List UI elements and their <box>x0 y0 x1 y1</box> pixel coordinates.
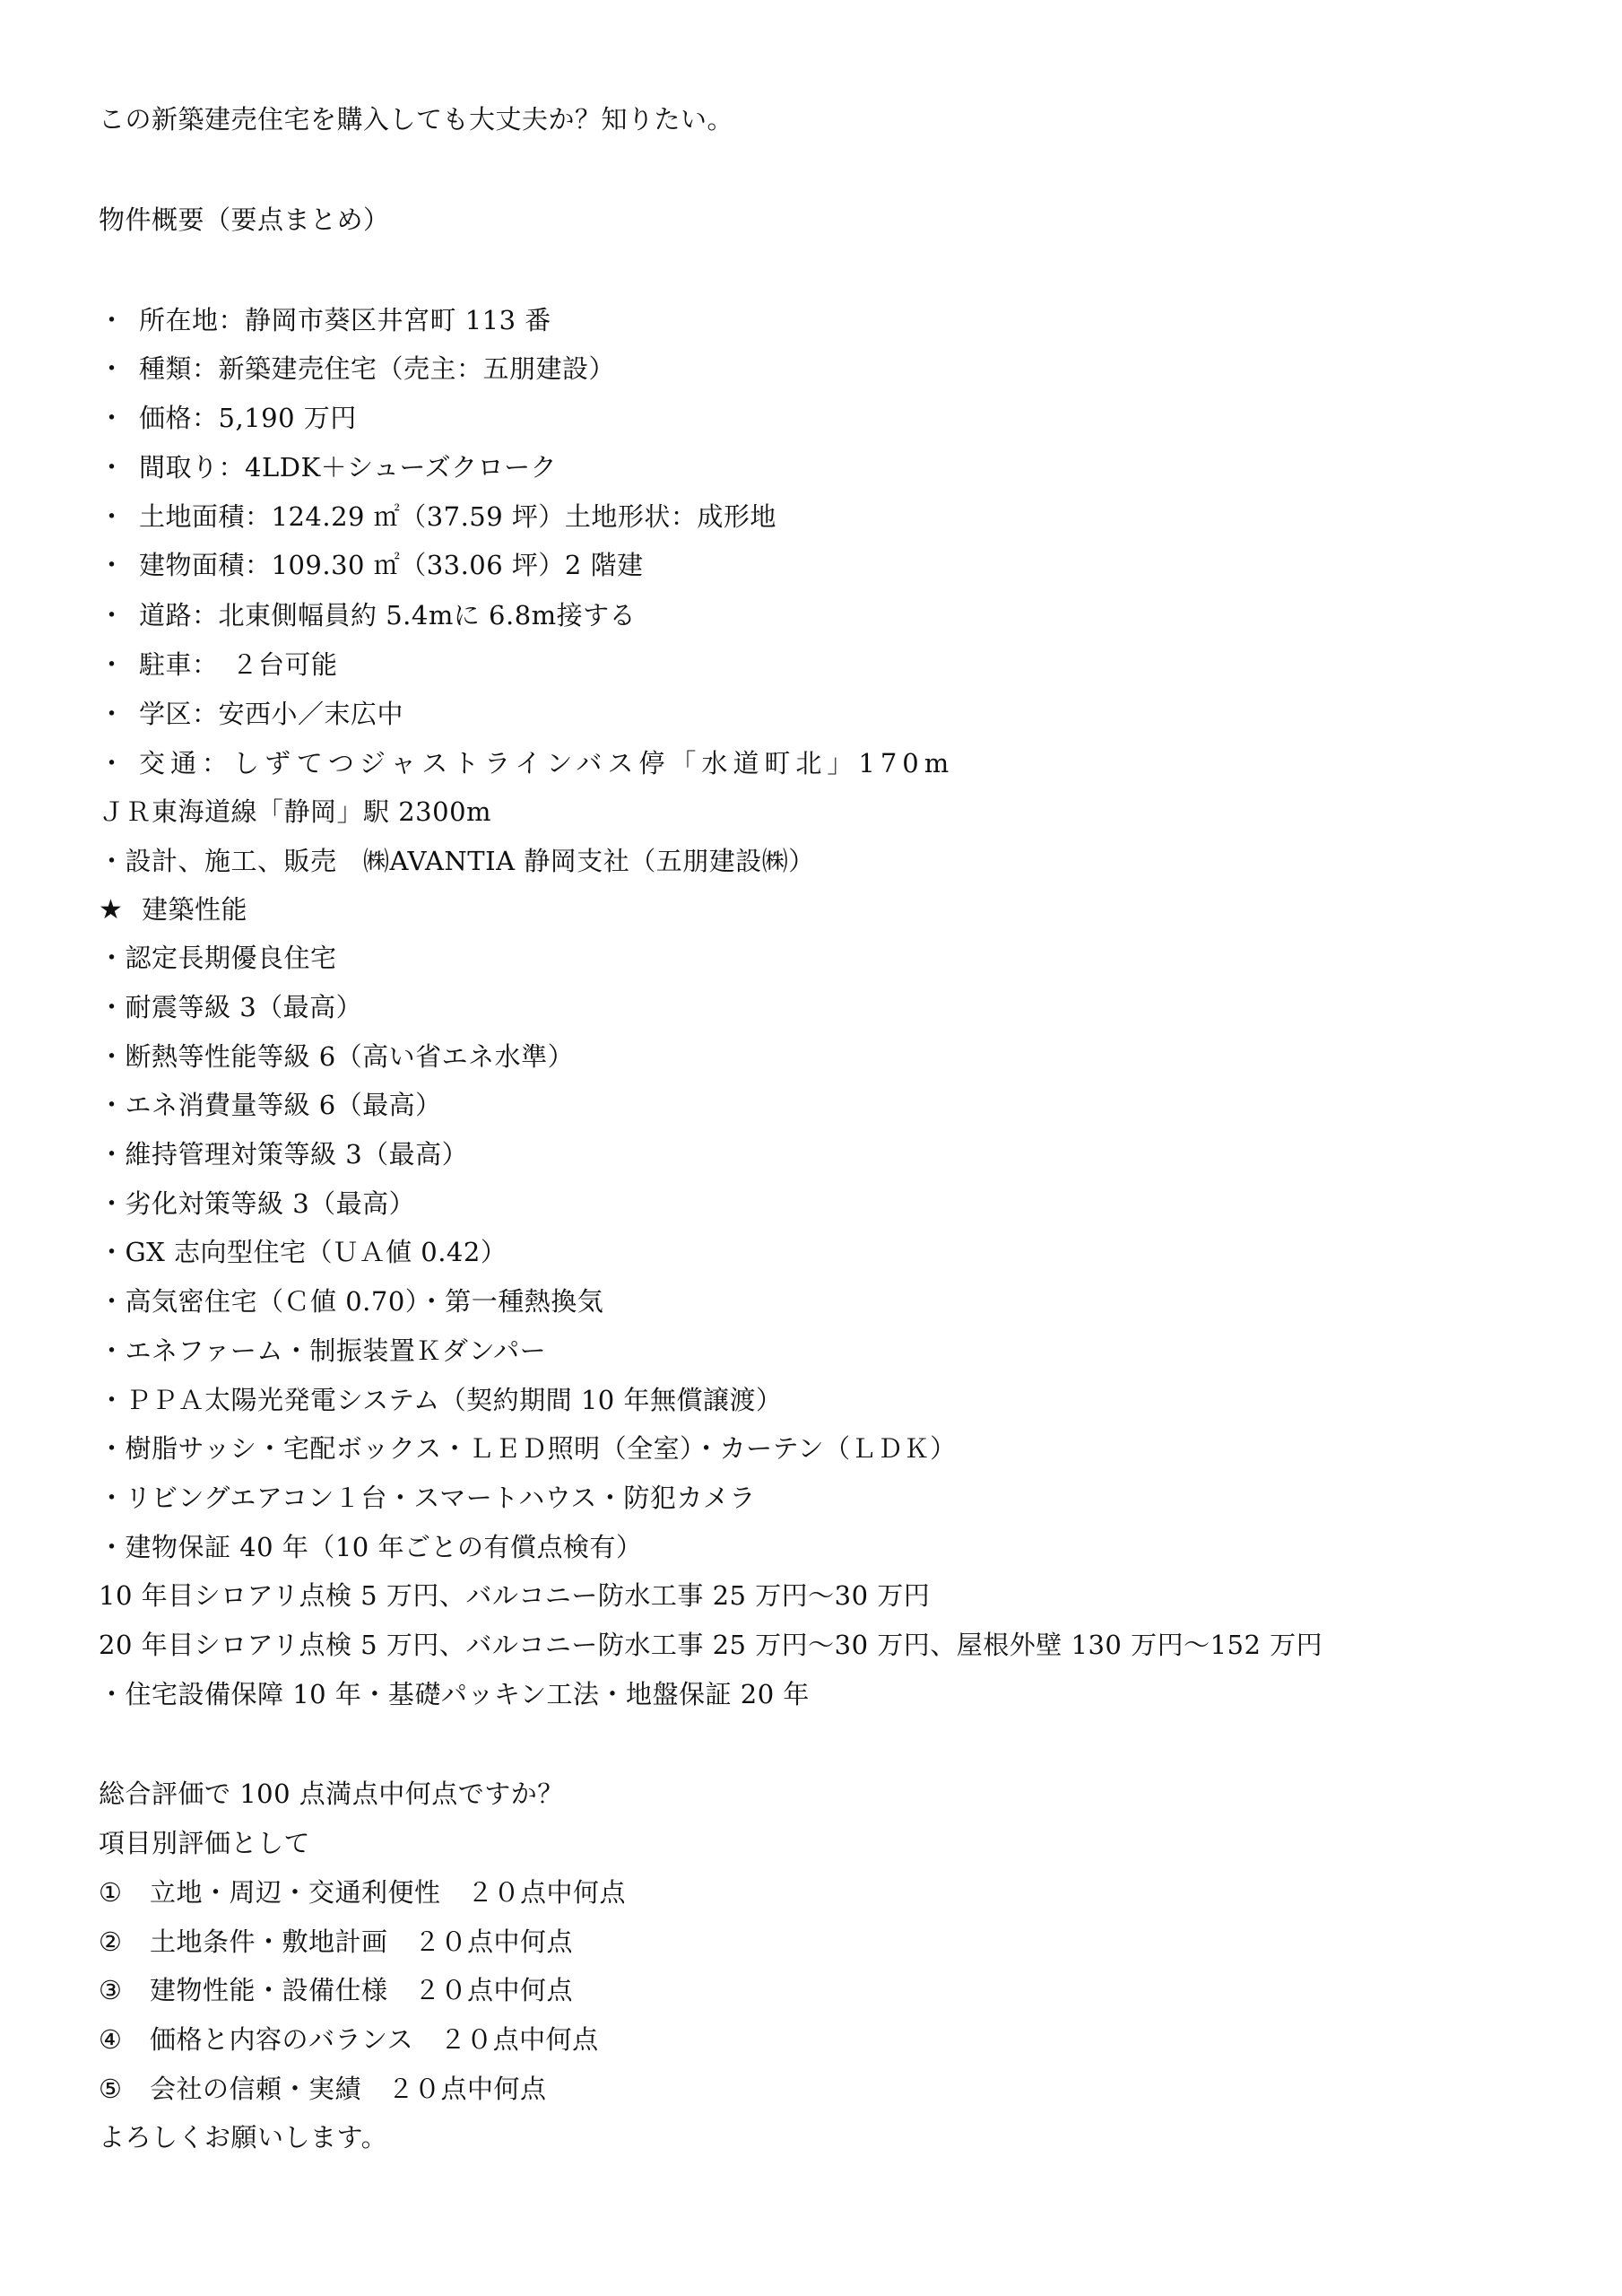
bullet-dot: ・ <box>99 696 139 732</box>
evaluation-item-5: ⑤ 会社の信頼・実績 ２０点中何点 <box>99 2071 547 2107</box>
bullet-dot: ・ <box>99 302 139 338</box>
warranty-line: ・住宅設備保障 10 年・基礎パッキン工法・地盤保証 20 年 <box>99 1676 810 1712</box>
performance-heading-label: 建築性能 <box>142 891 247 927</box>
performance-item: ・GX 志向型住宅（ＵＡ値 0.42） <box>99 1234 507 1270</box>
question-breakdown-intro: 項目別評価として <box>99 1825 310 1861</box>
overview-item-text: 間取り：4LDK＋シューズクローク <box>139 449 557 485</box>
overview-item-type: ・ 種類：新築建売住宅（売主：五朋建設） <box>99 351 615 387</box>
circled-number: ③ <box>99 1972 150 2008</box>
performance-item: ・ＰＰＡ太陽光発電システム（契約期間 10 年無償譲渡） <box>99 1382 782 1418</box>
overview-item-text: 駐車： ２台可能 <box>139 647 338 683</box>
overview-item-text: 土地面積：124.29 ㎡（37.59 坪）土地形状：成形地 <box>139 499 776 535</box>
bullet-dot: ・ <box>99 351 139 387</box>
performance-item: ・認定長期優良住宅 <box>99 940 337 976</box>
bullet-dot: ・ <box>99 499 139 535</box>
overview-item-text: 学区：安西小／末広中 <box>139 696 403 732</box>
overview-item-school-district: ・ 学区：安西小／末広中 <box>99 696 403 732</box>
overview-item-transit: ・ 交通：しずてつジャストラインバス停「水道町北」170m <box>99 745 954 781</box>
overview-item-text: 建物面積：109.30 ㎡（33.06 坪）2 階建 <box>139 547 644 583</box>
performance-item: ・エネ消費量等級 6（最高） <box>99 1087 442 1123</box>
performance-item: ・維持管理対策等級 3（最高） <box>99 1136 468 1172</box>
performance-item: ・劣化対策等級 3（最高） <box>99 1186 415 1222</box>
performance-item: ・耐震等級 3（最高） <box>99 989 362 1025</box>
transit-continued: ＪＲ東海道線「静岡」駅 2300m <box>99 794 491 830</box>
evaluation-item-1: ① 立地・周辺・交通利便性 ２０点中何点 <box>99 1874 626 1910</box>
overview-item-location: ・ 所在地：静岡市葵区井宮町 113 番 <box>99 302 551 338</box>
maintenance-line-20y: 20 年目シロアリ点検 5 万円、バルコニー防水工事 25 万円～30 万円、屋… <box>99 1627 1323 1663</box>
overview-item-text: 価格：5,190 万円 <box>139 400 357 436</box>
performance-item: ・高気密住宅（Ｃ値 0.70）・第一種熱換気 <box>99 1283 603 1319</box>
star-icon: ★ <box>99 892 142 928</box>
overview-item-building-area: ・ 建物面積：109.30 ㎡（33.06 坪）2 階建 <box>99 547 644 583</box>
circled-number: ② <box>99 1924 150 1960</box>
evaluation-item-3: ③ 建物性能・設備仕様 ２０点中何点 <box>99 1972 573 2008</box>
document-page: この新築建売住宅を購入しても大丈夫か？知りたい。 物件概要（要点まとめ） ・ 所… <box>0 0 1622 2296</box>
circled-number: ④ <box>99 2022 150 2057</box>
question-total-score: 総合評価で 100 点満点中何点ですか？ <box>99 1776 564 1812</box>
overview-item-parking: ・ 駐車： ２台可能 <box>99 647 338 683</box>
circled-number: ⑤ <box>99 2071 150 2107</box>
evaluation-item-label: 土地条件・敷地計画 ２０点中何点 <box>150 1924 573 1960</box>
evaluation-item-label: 立地・周辺・交通利便性 ２０点中何点 <box>150 1874 626 1910</box>
performance-item: ・リビングエアコン１台・スマートハウス・防犯カメラ <box>99 1480 756 1516</box>
overview-heading: 物件概要（要点まとめ） <box>99 202 390 238</box>
evaluation-item-label: 会社の信頼・実績 ２０点中何点 <box>150 2071 547 2107</box>
evaluation-item-2: ② 土地条件・敷地計画 ２０点中何点 <box>99 1924 573 1960</box>
overview-item-text: 所在地：静岡市葵区井宮町 113 番 <box>139 302 551 338</box>
performance-item: ・断熱等性能等級 6（高い省エネ水準） <box>99 1039 574 1074</box>
bullet-dot: ・ <box>99 745 139 781</box>
overview-item-text: 交通：しずてつジャストラインバス停「水道町北」170m <box>139 745 954 781</box>
bullet-dot: ・ <box>99 597 139 633</box>
performance-item: ・建物保証 40 年（10 年ごとの有償点検有） <box>99 1529 642 1565</box>
builder-line: ・設計、施工、販売 ㈱AVANTIA 静岡支社（五朋建設㈱） <box>99 843 815 879</box>
performance-heading: ★ 建築性能 <box>99 891 247 928</box>
performance-item: ・エネファーム・制振装置Ｋダンパー <box>99 1333 546 1369</box>
overview-item-price: ・ 価格：5,190 万円 <box>99 400 357 436</box>
closing-line: よろしくお願いします。 <box>99 2119 387 2155</box>
circled-number: ① <box>99 1874 150 1910</box>
bullet-dot: ・ <box>99 547 139 583</box>
evaluation-item-label: 価格と内容のバランス ２０点中何点 <box>150 2022 599 2057</box>
overview-item-text: 道路：北東側幅員約 5.4mに 6.8m接する <box>139 597 636 633</box>
bullet-dot: ・ <box>99 647 139 683</box>
overview-item-layout: ・ 間取り：4LDK＋シューズクローク <box>99 449 557 485</box>
bullet-dot: ・ <box>99 400 139 436</box>
overview-item-text: 種類：新築建売住宅（売主：五朋建設） <box>139 351 615 387</box>
overview-item-land-area: ・ 土地面積：124.29 ㎡（37.59 坪）土地形状：成形地 <box>99 499 776 535</box>
overview-item-road: ・ 道路：北東側幅員約 5.4mに 6.8m接する <box>99 597 636 633</box>
bullet-dot: ・ <box>99 449 139 485</box>
evaluation-item-4: ④ 価格と内容のバランス ２０点中何点 <box>99 2022 599 2057</box>
performance-item: ・樹脂サッシ・宅配ボックス・ＬＥＤ照明（全室）・カーテン（ＬＤＫ） <box>99 1431 957 1466</box>
maintenance-line-10y: 10 年目シロアリ点検 5 万円、バルコニー防水工事 25 万円～30 万円 <box>99 1578 930 1613</box>
intro-question: この新築建売住宅を購入しても大丈夫か？知りたい。 <box>99 101 733 137</box>
evaluation-item-label: 建物性能・設備仕様 ２０点中何点 <box>150 1972 573 2008</box>
